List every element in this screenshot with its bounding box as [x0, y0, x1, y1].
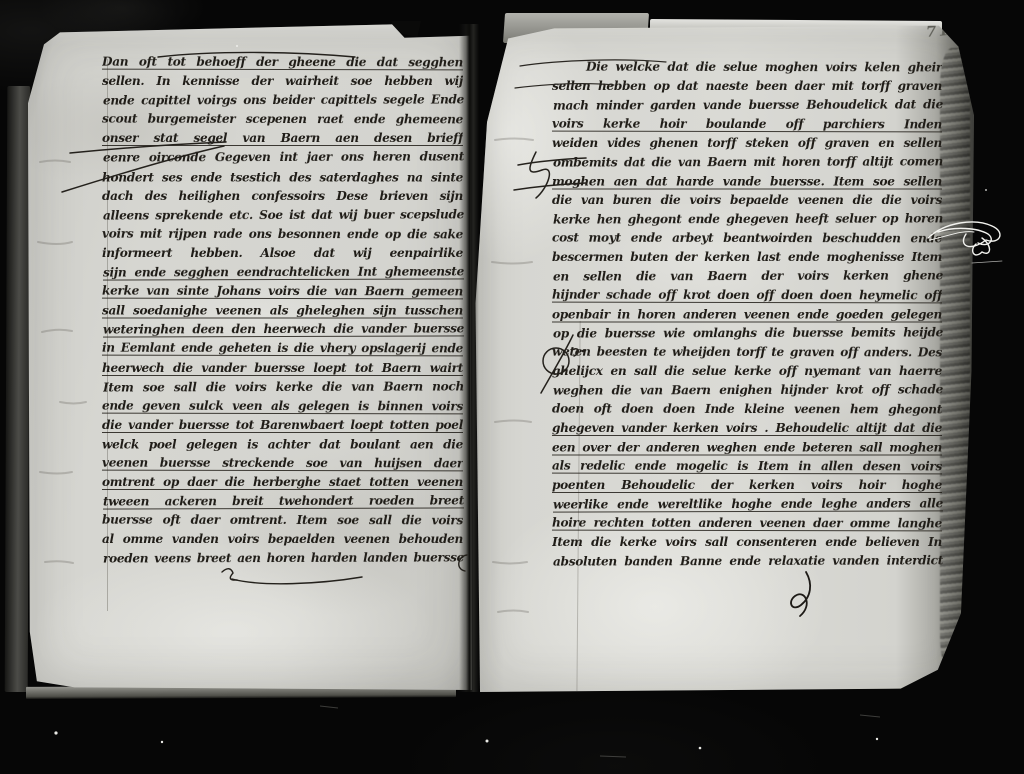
manuscript-line: al omme vanden voirs bepaelden veenen be…: [102, 530, 463, 549]
manuscript-line: voirs kerke hoir boulande off parchiers …: [552, 115, 942, 135]
manuscript-line: kerke hen ghegont ende ghegeven heeft se…: [553, 209, 943, 229]
manuscript-line: eenre oirconde Gegeven int jaer ons here…: [103, 148, 464, 168]
manuscript-line: ombemits dat die van Baern mit horen tor…: [553, 152, 943, 172]
manuscript-line: openbair in horen anderen veenen ende go…: [552, 306, 942, 325]
book-leaf-edges-left: [5, 86, 31, 692]
manuscript-line: sellen hebben op dat naeste been daer mi…: [552, 77, 942, 96]
manuscript-line: veenen buersse streckende soe van huijse…: [102, 454, 463, 474]
manuscript-line: weghen die van Baern enighen hijnder kro…: [553, 380, 943, 400]
manuscript-line: alleens sprekende etc. Soe ist dat wij b…: [103, 205, 464, 225]
manuscript-line: Dan oft tot behoeff der gheene die dat s…: [102, 53, 463, 73]
right-page: 71 Die welcke dat die selue moghen voirs…: [474, 21, 976, 694]
manuscript-line: hijnder schade off krot doen off doen do…: [552, 286, 942, 306]
manuscript-line: kerke van sinte Johans voirs die van Bae…: [102, 282, 463, 302]
manuscript-line: dach des heilighen confessoirs Dese brie…: [102, 187, 463, 206]
manuscript-line: cost moyt ende arbeyt beantwoirden besch…: [552, 229, 942, 249]
manuscript-line: heerwech die vander buersse loept tot Ba…: [102, 359, 463, 378]
manuscript-line: en sellen die van Baern der voirs kerken…: [553, 266, 943, 286]
manuscript-line: die vander buersse tot Barenwbaert loept…: [102, 416, 463, 435]
fore-edge-texture: [940, 48, 970, 674]
manuscript-line: ende geven sulck veen als gelegen is bin…: [102, 396, 463, 416]
manuscript-line: weiden vides ghenen torff steken off gra…: [552, 134, 942, 153]
manuscript-line: weteringhen deen den heerwech die vander…: [103, 320, 464, 340]
manuscript-line: ghegeven vander kerken voirs . Behoudeli…: [552, 419, 942, 438]
manuscript-line: poenten Behoudelic der kerken voirs hoir…: [552, 476, 942, 495]
right-page-text: Die welcke dat die selue moghen voirs ke…: [552, 58, 942, 571]
manuscript-line: absoluten banden Banne ende relaxatie va…: [553, 551, 943, 571]
manuscript-line: Item soe sall die voirs kerke die van Ba…: [103, 377, 464, 397]
manuscript-line: moghen aen dat harde vande buersse. Item…: [552, 173, 942, 192]
manuscript-line: roeden veens breet aen horen harden land…: [103, 549, 464, 569]
manuscript-line: in Eemlant ende geheten is die vhery ops…: [102, 339, 463, 359]
left-page-text: Dan oft tot behoeff der gheene die dat s…: [102, 53, 463, 569]
manuscript-line: Item die kerke voirs sall consenteren en…: [552, 533, 942, 552]
manuscript-photo: Dan oft tot behoeff der gheene die dat s…: [0, 0, 1024, 774]
manuscript-line: doen oft doen doen Inde kleine veenen he…: [552, 400, 942, 420]
manuscript-line: sellen. In kennisse der wairheit soe heb…: [102, 72, 463, 91]
manuscript-line: Die welcke dat die selue moghen voirs ke…: [552, 58, 942, 78]
manuscript-line: tweeen ackeren breit twehondert roeden b…: [103, 492, 464, 512]
manuscript-line: hoire rechten totten anderen veenen daer…: [552, 514, 942, 534]
manuscript-line: mach minder garden vande buersse Behoude…: [553, 95, 943, 115]
manuscript-line: weten beesten te wheijden torff te grave…: [552, 343, 942, 363]
manuscript-line: omtrent op daer die herberghe staet tott…: [102, 473, 463, 492]
manuscript-line: bescermen buten der kerken last ende mog…: [552, 248, 942, 267]
manuscript-line: weerlike ende wereltlike hoghe ende legh…: [553, 494, 943, 514]
manuscript-line: onser stat segel van Baern aen desen bri…: [102, 129, 463, 148]
manuscript-line: hondert ses ende tsestich des saterdaghe…: [102, 168, 463, 187]
manuscript-line: welck poel gelegen is achter dat boulant…: [102, 435, 463, 454]
manuscript-line: ende capittel voirgs ons beider capittel…: [103, 91, 464, 111]
manuscript-line: op die buersse wie omlanghs die buersse …: [553, 323, 943, 343]
left-page: Dan oft tot behoeff der gheene die dat s…: [28, 23, 472, 692]
manuscript-line: sall soedanighe veenen als gheleghen sij…: [102, 302, 463, 321]
book-gutter: [459, 24, 479, 692]
manuscript-line: ghelijcx en sall die selue kerke off nye…: [552, 362, 942, 381]
manuscript-line: als redelic ende mogelic is Item in alle…: [552, 457, 942, 477]
faint-scratches: [320, 706, 880, 757]
manuscript-line: buersse oft daer omtrent. Item soe sall …: [102, 511, 463, 531]
manuscript-line: voirs mit rijpen rade ons besonnen ende …: [102, 224, 463, 244]
manuscript-line: die van buren die voirs bepaelde veenen …: [552, 191, 942, 210]
manuscript-line: scout burgemeister scepenen raet ende gh…: [102, 110, 463, 130]
manuscript-line: een over der anderen weghen ende beteren…: [552, 439, 942, 458]
manuscript-line: sijn ende segghen eendrachtelicken Int g…: [103, 262, 464, 282]
manuscript-line: informeert hebben. Alsoe dat wij eenpair…: [102, 244, 463, 263]
